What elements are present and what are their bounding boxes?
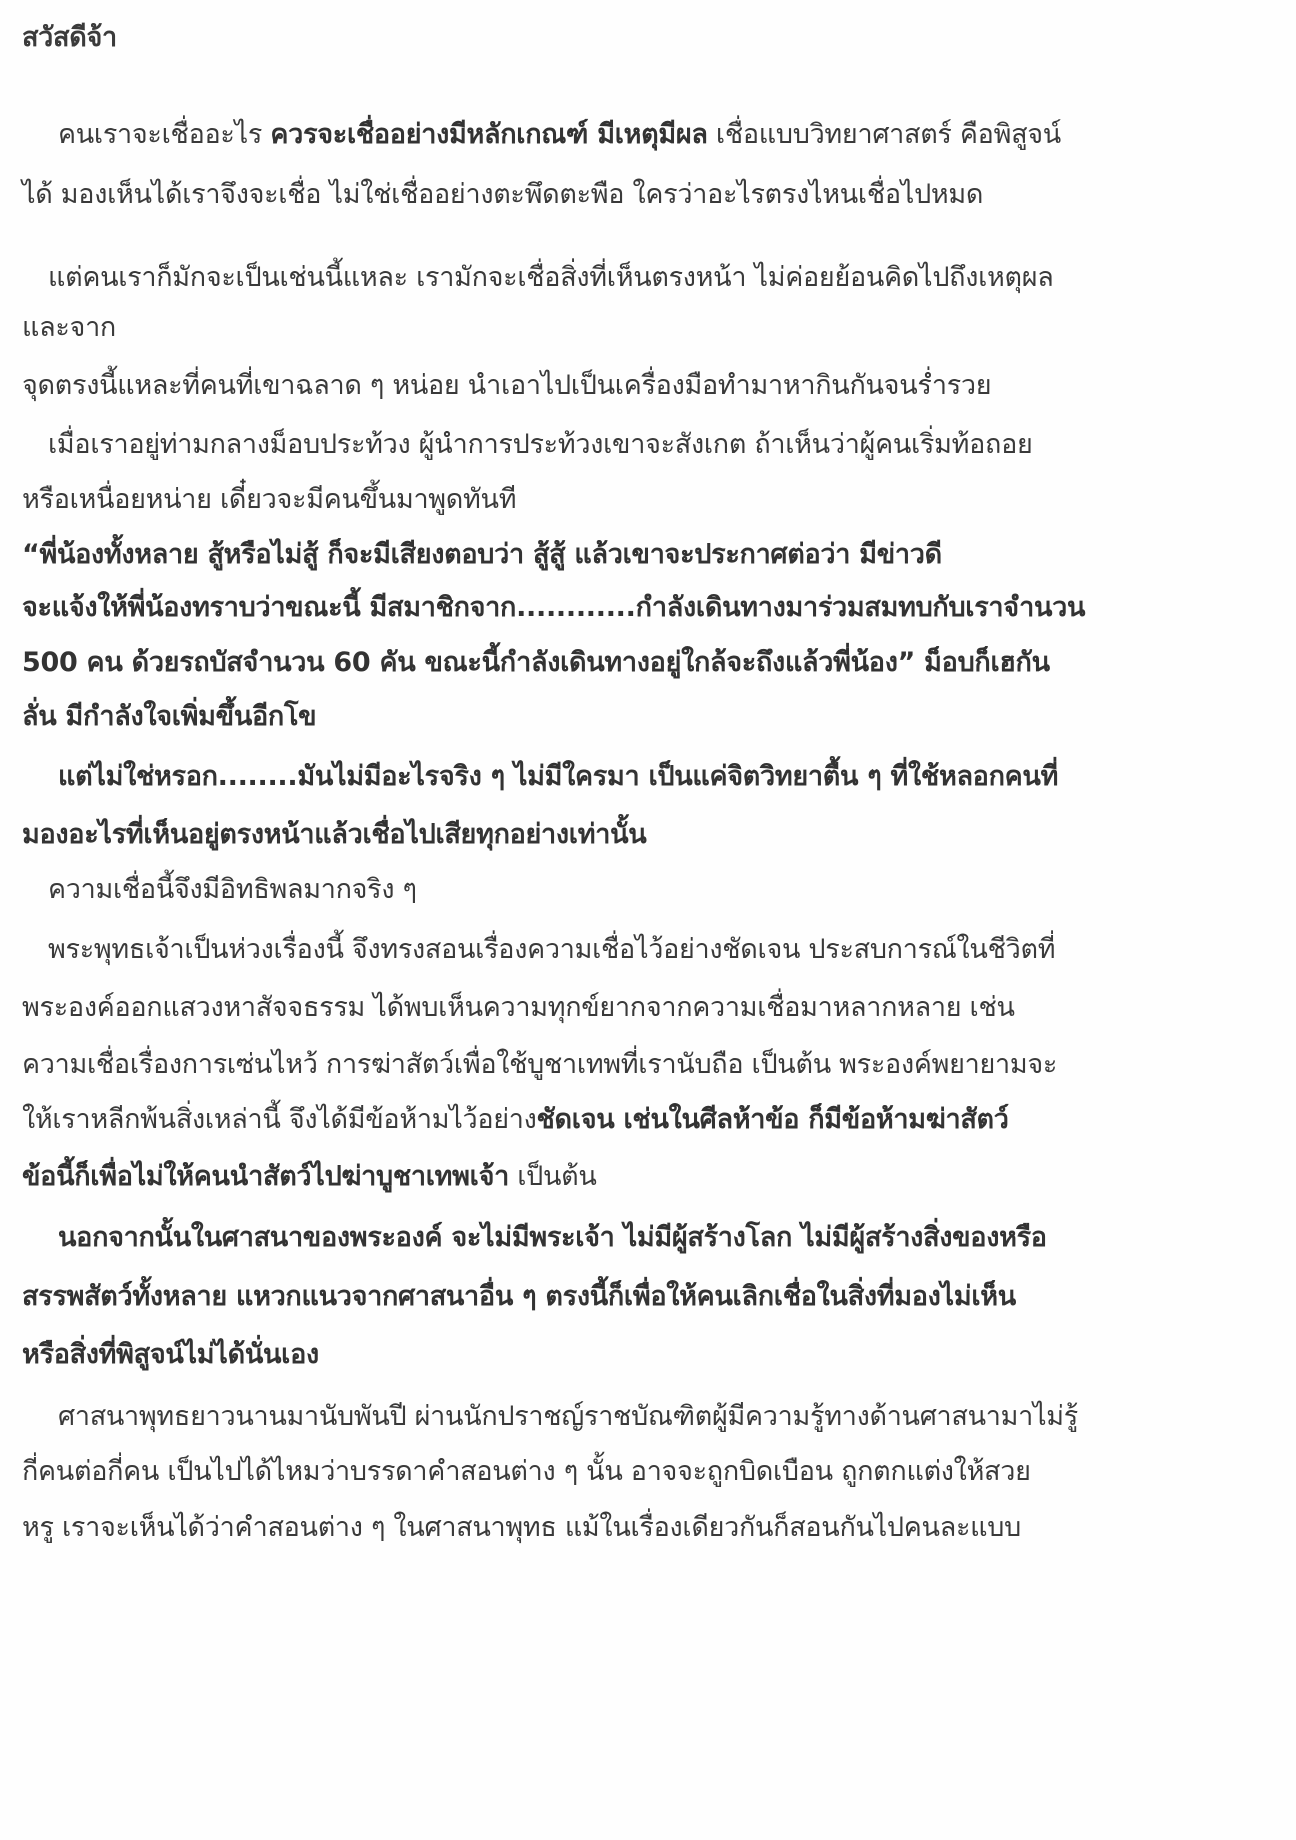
text-segment: ความเชื่อเรื่องการเซ่นไหว้ การฆ่าสัตว์เพ…	[22, 1049, 1057, 1080]
text-line: ความเชื่อนี้จึงมีอิทธิพลมากจริง ๆ	[48, 870, 417, 910]
text-line: หรู เราจะเห็นได้ว่าคำสอนต่าง ๆ ในศาสนาพุ…	[22, 1508, 1021, 1548]
text-line: ได้ มองเห็นได้เราจึงจะเชื่อ ไม่ใช่เชื่ออ…	[22, 175, 983, 215]
text-line: คนเราจะเชื่ออะไร ควรจะเชื่ออย่างมีหลักเก…	[58, 115, 1061, 155]
text-line: นอกจากนั้นในศาสนาของพระองค์ จะไม่มีพระเจ…	[58, 1218, 1047, 1258]
text-segment: แต่คนเราก็มักจะเป็นเช่นนี้แหละ เรามักจะเ…	[48, 262, 1054, 293]
text-line: แต่ไม่ใช่หรอก........มันไม่มีอะไรจริง ๆ …	[58, 757, 1058, 797]
text-line: มองอะไรที่เห็นอยู่ตรงหน้าแล้วเชื่อไปเสีย…	[22, 815, 646, 855]
bold-text-segment: แต่ไม่ใช่หรอก........มันไม่มีอะไรจริง ๆ …	[58, 761, 1058, 792]
text-line: พระองค์ออกแสวงหาสัจจธรรม ได้พบเห็นความทุ…	[22, 988, 1015, 1028]
text-line: จะแจ้งให้พี่น้องทราบว่าขณะนี้ มีสมาชิกจา…	[22, 588, 1085, 628]
text-segment: พระพุทธเจ้าเป็นห่วงเรื่องนี้ จึงทรงสอนเร…	[48, 934, 1055, 965]
text-segment: กี่คนต่อกี่คน เป็นไปได้ไหมว่าบรรดาคำสอนต…	[22, 1456, 1031, 1487]
text-line: ลั่น มีกำลังใจเพิ่มขึ้นอีกโข	[22, 697, 316, 737]
text-segment: คนเราจะเชื่ออะไร	[58, 119, 270, 150]
text-line: ความเชื่อเรื่องการเซ่นไหว้ การฆ่าสัตว์เพ…	[22, 1045, 1057, 1085]
scanned-document-page: สวัสดีจ้า คนเราจะเชื่ออะไร ควรจะเชื่ออย่…	[0, 0, 1296, 1840]
text-segment: ศาสนาพุทธยาวนานมานับพันปี ผ่านนักปราชญ์ร…	[58, 1401, 1078, 1432]
bold-text-segment: ลั่น มีกำลังใจเพิ่มขึ้นอีกโข	[22, 701, 316, 732]
text-line: หรือสิ่งที่พิสูจน์ไม่ได้นั่นเอง	[22, 1335, 319, 1375]
text-line: 500 คน ด้วยรถบัสจำนวน 60 คัน ขณะนี้กำลัง…	[22, 643, 1050, 683]
text-line: “พี่น้องทั้งหลาย สู้หรือไม่สู้ ก็จะมีเสี…	[22, 535, 942, 575]
bold-text-segment: สรรพสัตว์ทั้งหลาย แหวกแนวจากศาสนาอื่น ๆ …	[22, 1281, 1016, 1312]
text-line: สรรพสัตว์ทั้งหลาย แหวกแนวจากศาสนาอื่น ๆ …	[22, 1277, 1016, 1317]
text-segment: หรู เราจะเห็นได้ว่าคำสอนต่าง ๆ ในศาสนาพุ…	[22, 1512, 1021, 1543]
text-segment: เป็นต้น	[509, 1161, 597, 1192]
bold-text-segment: นอกจากนั้นในศาสนาของพระองค์ จะไม่มีพระเจ…	[58, 1222, 1047, 1253]
bold-text-segment: มองอะไรที่เห็นอยู่ตรงหน้าแล้วเชื่อไปเสีย…	[22, 819, 646, 850]
bold-text-segment: ชัดเจน เช่นในศีลห้าข้อ ก็มีข้อห้ามฆ่าสัต…	[537, 1104, 1009, 1135]
bold-text-segment: 500 คน ด้วยรถบัสจำนวน 60 คัน ขณะนี้กำลัง…	[22, 647, 1050, 678]
text-line: พระพุทธเจ้าเป็นห่วงเรื่องนี้ จึงทรงสอนเร…	[48, 930, 1055, 970]
text-segment: ได้ มองเห็นได้เราจึงจะเชื่อ ไม่ใช่เชื่ออ…	[22, 179, 983, 210]
text-line: ศาสนาพุทธยาวนานมานับพันปี ผ่านนักปราชญ์ร…	[58, 1397, 1078, 1437]
text-line: และจาก	[22, 308, 116, 348]
text-segment: ความเชื่อนี้จึงมีอิทธิพลมากจริง ๆ	[48, 874, 417, 905]
bold-text-segment: จะแจ้งให้พี่น้องทราบว่าขณะนี้ มีสมาชิกจา…	[22, 592, 1085, 623]
text-line: กี่คนต่อกี่คน เป็นไปได้ไหมว่าบรรดาคำสอนต…	[22, 1452, 1031, 1492]
bold-text-segment: “พี่น้องทั้งหลาย สู้หรือไม่สู้ ก็จะมีเสี…	[22, 539, 942, 570]
bold-text-segment: ข้อนี้ก็เพื่อไม่ให้คนนำสัตว์ไปฆ่าบูชาเทพ…	[22, 1161, 509, 1192]
text-line: จุดตรงนี้แหละที่คนที่เขาฉลาด ๆ หน่อย นำเ…	[22, 366, 991, 406]
text-segment: และจาก	[22, 312, 116, 343]
text-segment: เมื่อเราอยู่ท่ามกลางม็อบประท้วง ผู้นำการ…	[48, 429, 1033, 460]
bold-text-segment: ควรจะเชื่ออย่างมีหลักเกณฑ์ มีเหตุมีผล	[270, 119, 707, 150]
bold-text-segment: หรือสิ่งที่พิสูจน์ไม่ได้นั่นเอง	[22, 1339, 319, 1370]
text-segment: เชื่อแบบวิทยาศาสตร์ คือพิสูจน์	[708, 119, 1061, 150]
text-segment: ให้เราหลีกพ้นสิ่งเหล่านี้ จึงได้มีข้อห้า…	[22, 1104, 537, 1135]
text-segment: จุดตรงนี้แหละที่คนที่เขาฉลาด ๆ หน่อย นำเ…	[22, 370, 991, 401]
text-segment: พระองค์ออกแสวงหาสัจจธรรม ได้พบเห็นความทุ…	[22, 992, 1015, 1023]
text-line: ข้อนี้ก็เพื่อไม่ให้คนนำสัตว์ไปฆ่าบูชาเทพ…	[22, 1157, 597, 1197]
text-line: แต่คนเราก็มักจะเป็นเช่นนี้แหละ เรามักจะเ…	[48, 258, 1054, 298]
greeting-heading: สวัสดีจ้า	[22, 18, 117, 58]
text-segment: หรือเหนื่อยหน่าย เดี๋ยวจะมีคนขึ้นมาพูดทั…	[22, 484, 516, 515]
text-line: เมื่อเราอยู่ท่ามกลางม็อบประท้วง ผู้นำการ…	[48, 425, 1033, 465]
text-line: ให้เราหลีกพ้นสิ่งเหล่านี้ จึงได้มีข้อห้า…	[22, 1100, 1009, 1140]
text-line: หรือเหนื่อยหน่าย เดี๋ยวจะมีคนขึ้นมาพูดทั…	[22, 480, 516, 520]
